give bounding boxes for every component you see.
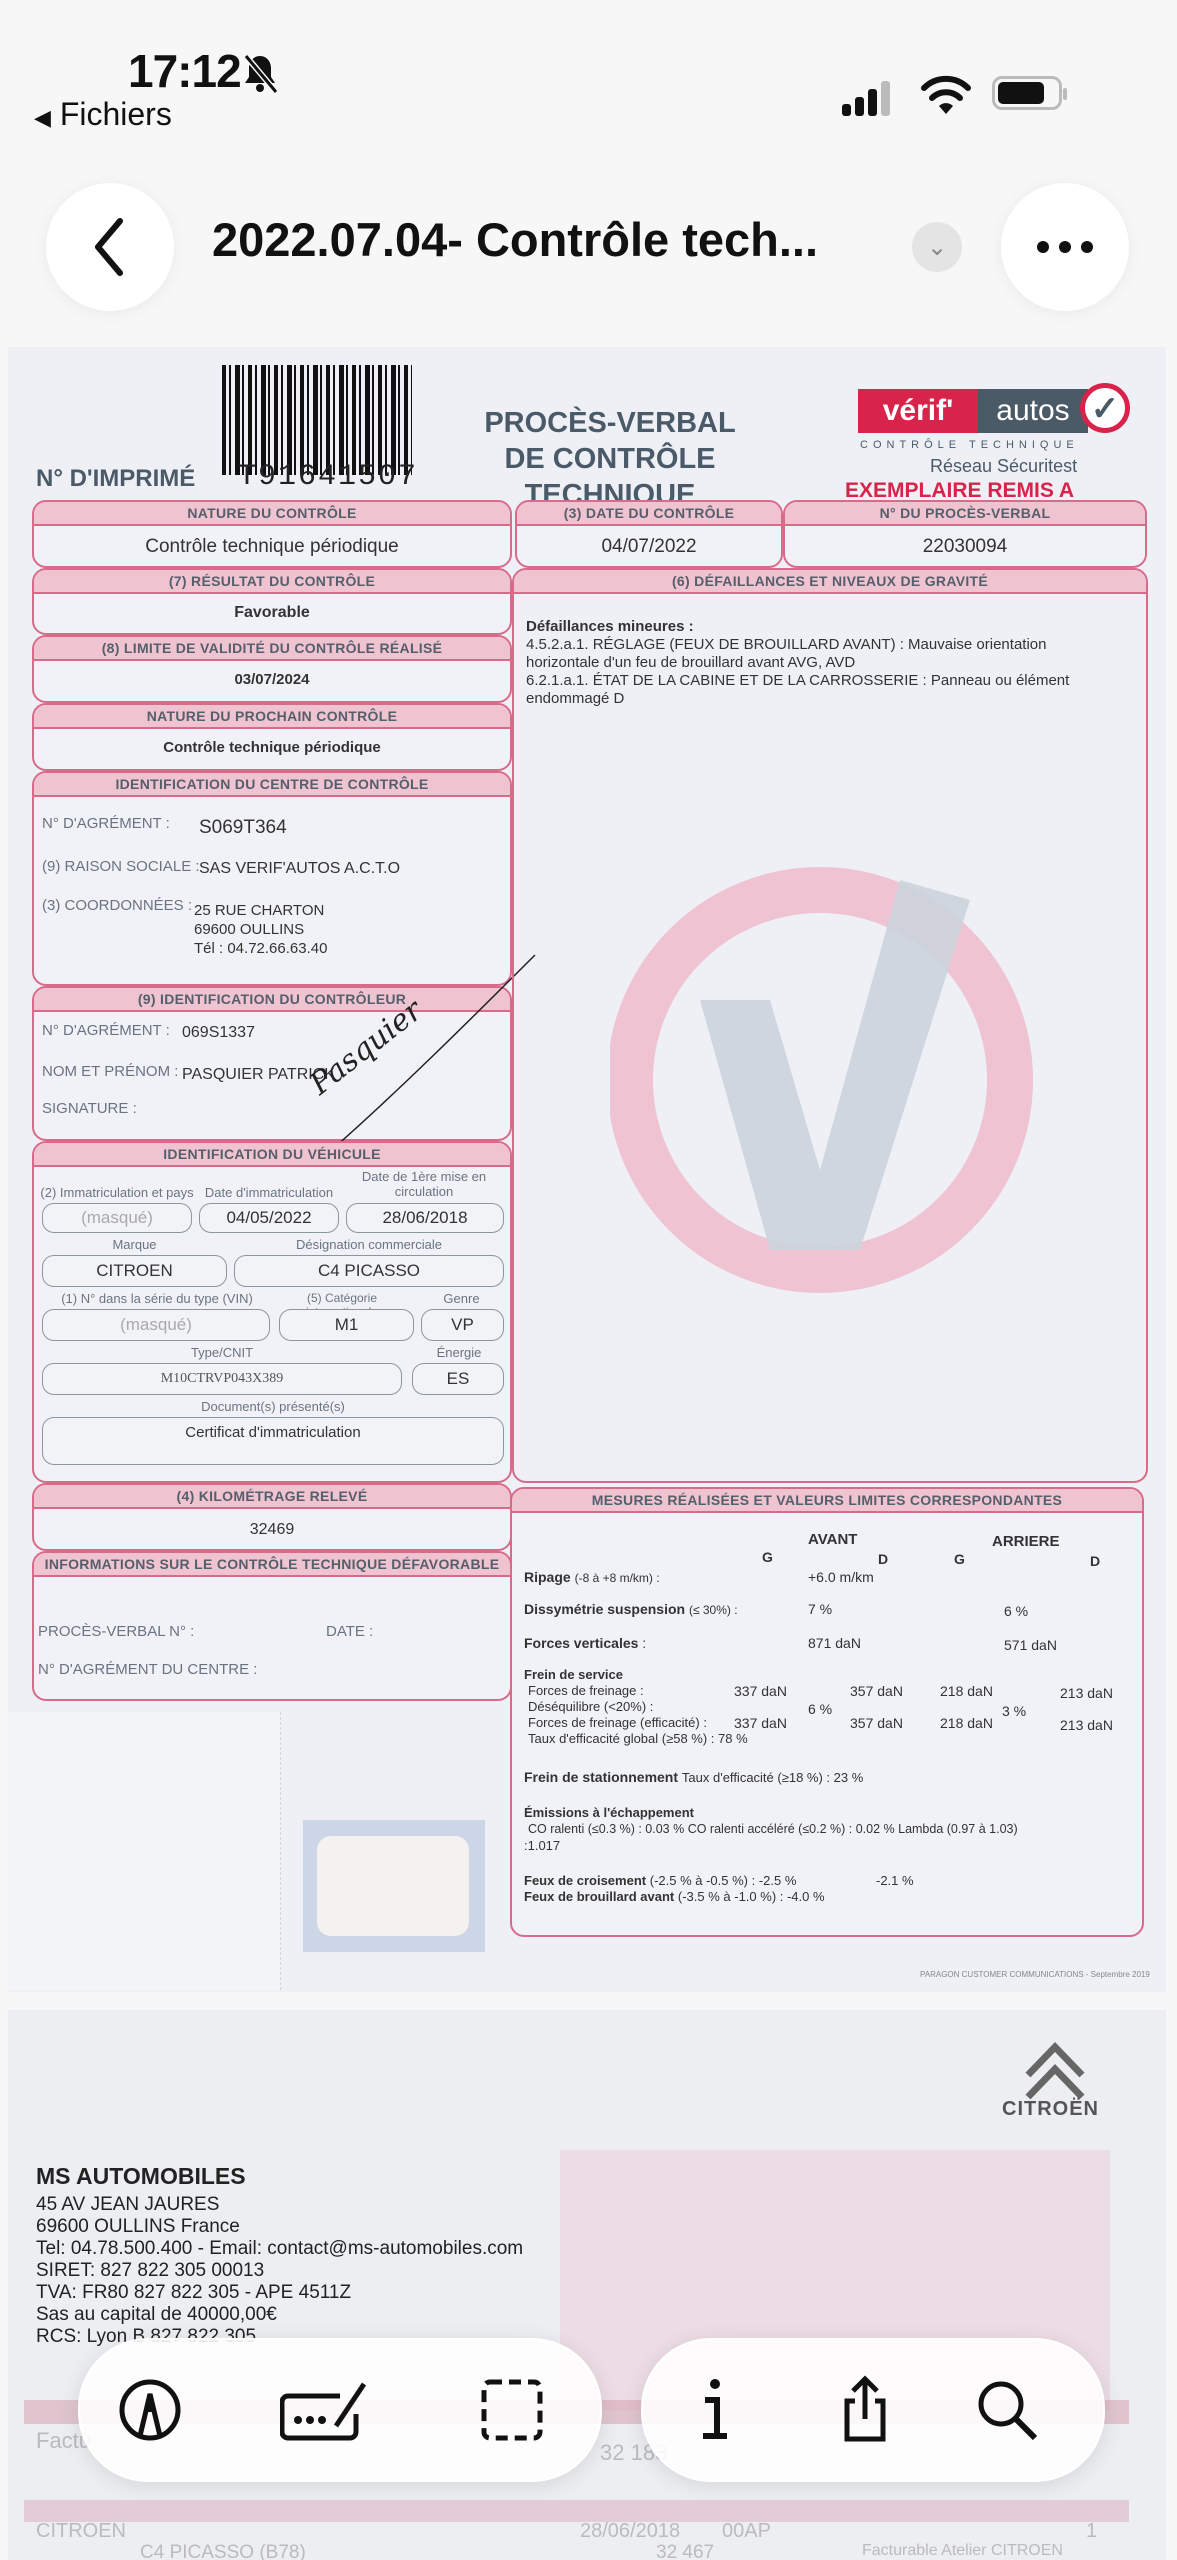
center-agrement: S069T364	[199, 817, 287, 839]
model-label: Désignation commerciale	[234, 1237, 504, 1252]
verif-autos-logo: vérif' autos ✓	[858, 383, 1134, 439]
dissym-arriere: 6 %	[1004, 1603, 1028, 1619]
croisement-label: Feux de croisement	[524, 1873, 646, 1888]
col-arriere: ARRIERE	[992, 1533, 1060, 1550]
mileage-value: 32469	[34, 1509, 510, 1539]
logo-grey-part: autos	[978, 389, 1088, 433]
croisement-value: (-2.5 % à -0.5 %) : -2.5 %	[650, 1873, 797, 1888]
markup-toolbar	[78, 2338, 602, 2482]
emissions-label: Émissions à l'échappement	[524, 1805, 694, 1820]
ellipsis-icon	[1035, 240, 1095, 254]
company-name: MS AUTOMOBILES	[36, 2163, 246, 2190]
pv-number-value: 22030094	[785, 526, 1145, 558]
model-value: C4 PICASSO	[234, 1255, 504, 1287]
company-address-2: 69600 OULLINS France	[36, 2216, 240, 2238]
document-title[interactable]: 2022.07.04- Contrôle tech...	[212, 212, 818, 267]
dissym-limit: (≤ 30%) :	[689, 1603, 738, 1617]
immat-value: (masqué)	[42, 1203, 192, 1233]
chevron-down-icon: ⌄	[927, 233, 947, 262]
invoice-row-date: 28/06/2018	[580, 2520, 680, 2543]
imprime-label: N° D'IMPRIMÉ	[36, 465, 195, 493]
vert-sep: :	[638, 1635, 646, 1651]
invoice-row-type: Facturable Atelier CITROEN	[862, 2542, 1063, 2560]
brand-value: CITROEN	[42, 1255, 227, 1287]
unfavorable-header: INFORMATIONS SUR LE CONTRÔLE TECHNIQUE D…	[34, 1553, 510, 1577]
unfavorable-box: INFORMATIONS SUR LE CONTRÔLE TECHNIQUE D…	[32, 1551, 512, 1701]
center-header: IDENTIFICATION DU CENTRE DE CONTRÔLE	[34, 773, 510, 797]
col-avant-g: G	[762, 1549, 773, 1565]
sticker-frame	[303, 1820, 485, 1952]
defect-1-line-2: horizontale d'un feu de brouillard avant…	[526, 654, 1069, 672]
efficacite-ard: 213 daN	[1060, 1717, 1113, 1733]
search-icon	[975, 2378, 1039, 2442]
address-line-1: 25 RUE CHARTON	[194, 901, 327, 920]
dissym-avant: 7 %	[808, 1601, 832, 1617]
selection-icon	[480, 2378, 544, 2442]
date-header: (3) DATE DU CONTRÔLE	[517, 502, 781, 526]
document-heading: PROCÈS-VERBAL DE CONTRÔLE TECHNIQUE	[440, 405, 780, 513]
citroen-chevrons-icon	[1020, 2035, 1090, 2105]
controller-agrement: 069S1337	[182, 1024, 255, 1042]
mileage-header: (4) KILOMÉTRAGE RELEVÉ	[34, 1485, 510, 1509]
nature-value: Contrôle technique périodique	[34, 526, 510, 558]
brouillard-label: Feux de brouillard avant	[524, 1889, 674, 1904]
status-time: 17:12	[128, 44, 241, 98]
title-menu-button[interactable]: ⌄	[912, 222, 962, 272]
info-button[interactable]	[683, 2378, 747, 2442]
barcode	[222, 365, 412, 475]
nature-header: NATURE DU CONTRÔLE	[34, 502, 510, 526]
share-button[interactable]	[833, 2378, 897, 2442]
next-control-header: NATURE DU PROCHAIN CONTRÔLE	[34, 705, 510, 729]
type-label: Type/CNIT	[42, 1345, 402, 1360]
first-circ-value: 28/06/2018	[346, 1203, 504, 1233]
result-header: (7) RÉSULTAT DU CONTRÔLE	[34, 570, 510, 594]
first-circ-label: Date de 1ère mise en circulation	[344, 1169, 504, 1199]
ripage-row: Ripage (-8 à +8 m/km) :	[524, 1569, 660, 1585]
markup-icon	[118, 2378, 182, 2442]
actions-toolbar	[641, 2338, 1105, 2482]
battery-icon	[992, 76, 1062, 110]
invoice-row-km: 32 467	[656, 2542, 714, 2560]
fill-sign-icon	[280, 2378, 370, 2442]
genre-value: VP	[421, 1309, 504, 1341]
signature-stroke	[300, 950, 540, 1170]
center-agrement-label: N° D'AGRÉMENT :	[42, 815, 170, 832]
vin-label: (1) N° dans la série du type (VIN)	[42, 1291, 272, 1306]
nature-box: NATURE DU CONTRÔLE Contrôle technique pé…	[32, 500, 512, 568]
date-immat-value: 04/05/2022	[199, 1203, 339, 1233]
heading-line-1: PROCÈS-VERBAL	[440, 405, 780, 441]
vert-avant: 871 daN	[808, 1635, 861, 1651]
category-value: M1	[279, 1309, 414, 1341]
stationnement-row: Frein de stationnement Taux d'efficacité…	[524, 1769, 863, 1785]
selection-button[interactable]	[480, 2378, 544, 2442]
raison-value: SAS VERIF'AUTOS A.C.T.O	[199, 860, 400, 878]
brand-label: Marque	[42, 1237, 227, 1252]
controller-agrement-label: N° D'AGRÉMENT :	[42, 1022, 170, 1039]
coord-label: (3) COORDONNÉES :	[42, 897, 192, 914]
defects-list: Défaillances mineures : 4.5.2.a.1. RÉGLA…	[526, 618, 1069, 708]
cellular-signal-icon	[842, 80, 898, 116]
lambda-value: :1.017	[524, 1838, 560, 1853]
imprime-number: T91641507	[238, 460, 418, 494]
frein-service-label: Frein de service	[524, 1667, 623, 1682]
freinage-avd: 357 daN	[850, 1683, 903, 1699]
search-button[interactable]	[975, 2378, 1039, 2442]
brouillard-row: Feux de brouillard avant (-3.5 % à -1.0 …	[524, 1889, 825, 1904]
taux-global: Taux d'efficacité global (≥58 %) : 78 %	[528, 1731, 748, 1746]
freinage-label: Forces de freinage :	[528, 1683, 644, 1698]
next-control-box: NATURE DU PROCHAIN CONTRÔLE Contrôle tec…	[32, 703, 512, 771]
mileage-box: (4) KILOMÉTRAGE RELEVÉ 32469	[32, 1483, 512, 1551]
bell-slash-icon	[240, 52, 280, 94]
logo-red-part: vérif'	[858, 389, 978, 433]
vin-value: (masqué)	[42, 1309, 270, 1341]
measures-box: MESURES RÉALISÉES ET VALEURS LIMITES COR…	[510, 1487, 1144, 1937]
measures-header: MESURES RÉALISÉES ET VALEURS LIMITES COR…	[512, 1489, 1142, 1513]
col-avant-d: D	[878, 1551, 888, 1567]
defect-2-line-1: 6.2.1.a.1. ÉTAT DE LA CABINE ET DE LA CA…	[526, 672, 1069, 690]
printer-footer: PARAGON CUSTOMER COMMUNICATIONS - Septem…	[920, 1970, 1150, 1979]
markup-button[interactable]	[118, 2378, 182, 2442]
efficacite-arg: 218 daN	[940, 1715, 993, 1731]
pv-number-header: N° DU PROCÈS-VERBAL	[785, 502, 1145, 526]
col-avant: AVANT	[808, 1531, 857, 1548]
freinage-arg: 218 daN	[940, 1683, 993, 1699]
dissym-row: Dissymétrie suspension (≤ 30%) :	[524, 1601, 738, 1617]
date-value: 04/07/2022	[517, 526, 781, 558]
stationnement-value: Taux d'efficacité (≥18 %) : 23 %	[682, 1770, 863, 1785]
date-immat-label: Date d'immatriculation	[194, 1185, 344, 1200]
invoice-row-page: 1	[1086, 2520, 1097, 2543]
pv-number-box: N° DU PROCÈS-VERBAL 22030094	[783, 500, 1147, 568]
ripage-value: +6.0 m/km	[808, 1569, 874, 1585]
immat-label: (2) Immatriculation et pays	[38, 1185, 196, 1200]
result-box: (7) RÉSULTAT DU CONTRÔLE Favorable	[32, 568, 512, 635]
defects-box: (6) DÉFAILLANCES ET NIVEAUX DE GRAVITÉ D…	[512, 568, 1148, 1483]
energy-label: Énergie	[414, 1345, 504, 1360]
wifi-icon	[920, 74, 972, 116]
croisement-row: Feux de croisement (-2.5 % à -0.5 %) : -…	[524, 1873, 796, 1888]
invoice-row-code: 00AP	[722, 2520, 771, 2543]
vehicle-header: IDENTIFICATION DU VÉHICULE	[34, 1143, 510, 1167]
sticker-window	[317, 1836, 469, 1936]
logo-subtitle: CONTRÔLE TECHNIQUE	[860, 439, 1079, 451]
unfavorable-date-label: DATE :	[326, 1623, 373, 1640]
efficacite-label: Forces de freinage (efficacité) :	[528, 1715, 707, 1730]
freinage-avg: 337 daN	[734, 1683, 787, 1699]
share-icon	[833, 2375, 897, 2445]
vert-row: Forces verticales :	[524, 1635, 646, 1651]
defects-title: Défaillances mineures :	[526, 618, 1069, 636]
next-control-value: Contrôle technique périodique	[34, 729, 510, 756]
defects-header: (6) DÉFAILLANCES ET NIVEAUX DE GRAVITÉ	[514, 570, 1146, 594]
ripage-limit: (-8 à +8 m/km) :	[575, 1571, 660, 1585]
docs-value: Certificat d'immatriculation	[42, 1417, 504, 1465]
croisement-d: -2.1 %	[876, 1873, 914, 1888]
stationnement-label: Frein de stationnement	[524, 1769, 678, 1785]
citroen-logo-text: CITROËN	[1002, 2098, 1099, 2121]
unfavorable-pv-label: PROCÈS-VERBAL N° :	[38, 1623, 194, 1640]
company-capital: Sas au capital de 40000,00€	[36, 2304, 277, 2326]
validity-header: (8) LIMITE DE VALIDITÉ DU CONTRÔLE RÉALI…	[34, 637, 510, 661]
company-tva: TVA: FR80 827 822 305 - APE 4511Z	[36, 2282, 351, 2304]
signature-label: SIGNATURE :	[42, 1100, 137, 1117]
efficacite-avd: 357 daN	[850, 1715, 903, 1731]
invoice-row-band	[24, 2500, 1129, 2522]
brouillard-value: (-3.5 % à -1.0 %) : -4.0 %	[678, 1889, 825, 1904]
validity-value: 03/07/2024	[34, 661, 510, 688]
address-line-2: 69600 OULLINS	[194, 920, 327, 939]
back-app-label: Fichiers	[60, 96, 172, 132]
docs-label: Document(s) présenté(s)	[42, 1399, 504, 1414]
defect-2-line-2: endommagé D	[526, 690, 1069, 708]
detachable-stub	[8, 1712, 281, 1990]
genre-label: Genre	[419, 1291, 504, 1306]
deseq-avant: 6 %	[808, 1701, 832, 1717]
chevron-left-icon	[90, 217, 130, 277]
deseq-arriere: 3 %	[1002, 1703, 1026, 1719]
ripage-label: Ripage	[524, 1569, 571, 1585]
company-address-1: 45 AV JEAN JAURES	[36, 2194, 219, 2216]
unfavorable-agrement-label: N° D'AGRÉMENT DU CENTRE :	[38, 1661, 257, 1678]
date-box: (3) DATE DU CONTRÔLE 04/07/2022	[515, 500, 783, 568]
vert-label: Forces verticales	[524, 1635, 638, 1651]
result-value: Favorable	[34, 594, 510, 622]
invoice-row-model: C4 PICASSO (B78)	[140, 2542, 306, 2560]
emissions-values: CO ralenti (≤0.3 %) : 0.03 % CO ralenti …	[528, 1822, 1018, 1836]
efficacite-avg: 337 daN	[734, 1715, 787, 1731]
more-button[interactable]	[1001, 183, 1129, 311]
deseq-label: Déséquilibre (<20%) :	[528, 1699, 653, 1714]
network-name: Réseau Sécuritest	[930, 456, 1077, 477]
energy-value: ES	[412, 1363, 504, 1395]
col-arriere-g: G	[954, 1551, 965, 1567]
back-to-files-link[interactable]: ◀ Fichiers	[34, 96, 172, 133]
validity-box: (8) LIMITE DE VALIDITÉ DU CONTRÔLE RÉALI…	[32, 635, 512, 703]
vehicle-box: IDENTIFICATION DU VÉHICULE (2) Immatricu…	[32, 1141, 512, 1483]
back-button[interactable]	[46, 183, 174, 311]
defect-1-line-1: 4.5.2.a.1. RÉGLAGE (FEUX DE BROUILLARD A…	[526, 636, 1069, 654]
back-triangle-icon: ◀	[34, 105, 51, 130]
col-arriere-d: D	[1090, 1553, 1100, 1569]
freinage-ard: 213 daN	[1060, 1685, 1113, 1701]
controller-name-label: NOM ET PRÉNOM :	[42, 1063, 178, 1080]
company-contact: Tel: 04.78.500.400 - Email: contact@ms-a…	[36, 2238, 523, 2260]
vert-arriere: 571 daN	[1004, 1637, 1057, 1653]
status-bar: 17:12 ◀ Fichiers	[0, 0, 1177, 150]
invoice-row-brand: CITROEN	[36, 2520, 126, 2543]
dissym-label: Dissymétrie suspension	[524, 1601, 685, 1617]
type-value: M10CTRVP043X389	[42, 1363, 402, 1395]
company-siret: SIRET: 827 822 305 00013	[36, 2260, 264, 2282]
checkmark-icon: ✓	[1080, 383, 1130, 433]
raison-label: (9) RAISON SOCIALE :	[42, 858, 200, 875]
fill-sign-button[interactable]	[280, 2378, 370, 2442]
info-icon	[695, 2378, 735, 2442]
